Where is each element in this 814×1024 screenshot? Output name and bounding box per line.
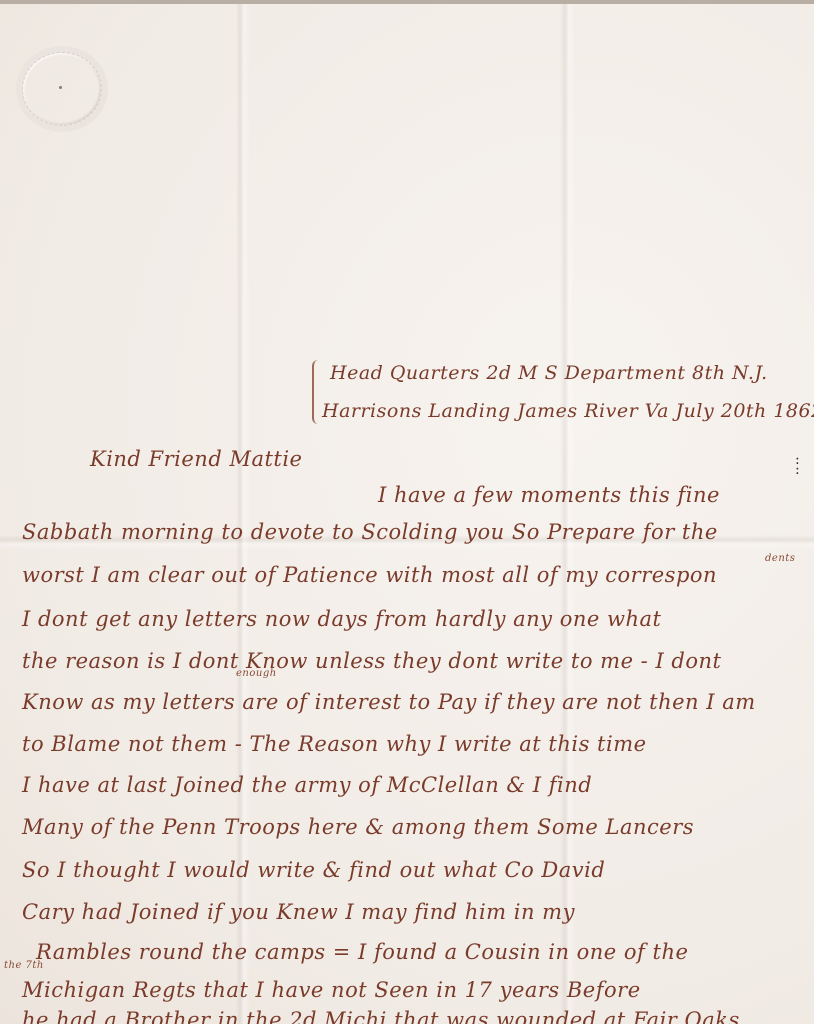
body-line-14: he had a Brother in the 2d Michi that wa…: [22, 1008, 740, 1024]
body-line-6: Know as my letters are of interest to Pa…: [22, 690, 756, 714]
heading-line-1: Head Quarters 2d M S Department 8th N.J.: [330, 362, 768, 384]
margin-insertion-7th: the 7th: [4, 960, 44, 971]
body-line-8: I have at last Joined the army of McClel…: [22, 773, 592, 797]
body-line-5: the reason is I dont Know unless they do…: [22, 649, 721, 673]
embossed-seal-icon: [22, 52, 102, 126]
salutation: Kind Friend Mattie: [90, 447, 303, 471]
insertion-enough: enough: [236, 668, 277, 679]
seal-center-dot: [59, 86, 62, 89]
body-line-2: Sabbath morning to devote to Scolding yo…: [22, 520, 718, 544]
body-line-7: to Blame not them - The Reason why I wri…: [22, 732, 647, 756]
body-line-1: I have a few moments this fine: [378, 483, 720, 507]
body-line-13: Michigan Regts that I have not Seen in 1…: [22, 978, 641, 1002]
heading-line-2: Harrisons Landing James River Va July 20…: [322, 400, 814, 422]
body-line-9: Many of the Penn Troops here & among the…: [22, 815, 694, 839]
margin-colon: ::: [795, 455, 800, 475]
body-line-10: So I thought I would write & find out wh…: [22, 858, 605, 882]
body-line-3: worst I am clear out of Patience with mo…: [22, 563, 717, 587]
insertion-dents: dents: [765, 553, 795, 564]
body-line-11: Cary had Joined if you Knew I may find h…: [22, 900, 575, 924]
body-line-12: Rambles round the camps = I found a Cous…: [36, 940, 688, 964]
paper-top-edge: [0, 0, 814, 4]
body-line-4: I dont get any letters now days from har…: [22, 607, 661, 631]
